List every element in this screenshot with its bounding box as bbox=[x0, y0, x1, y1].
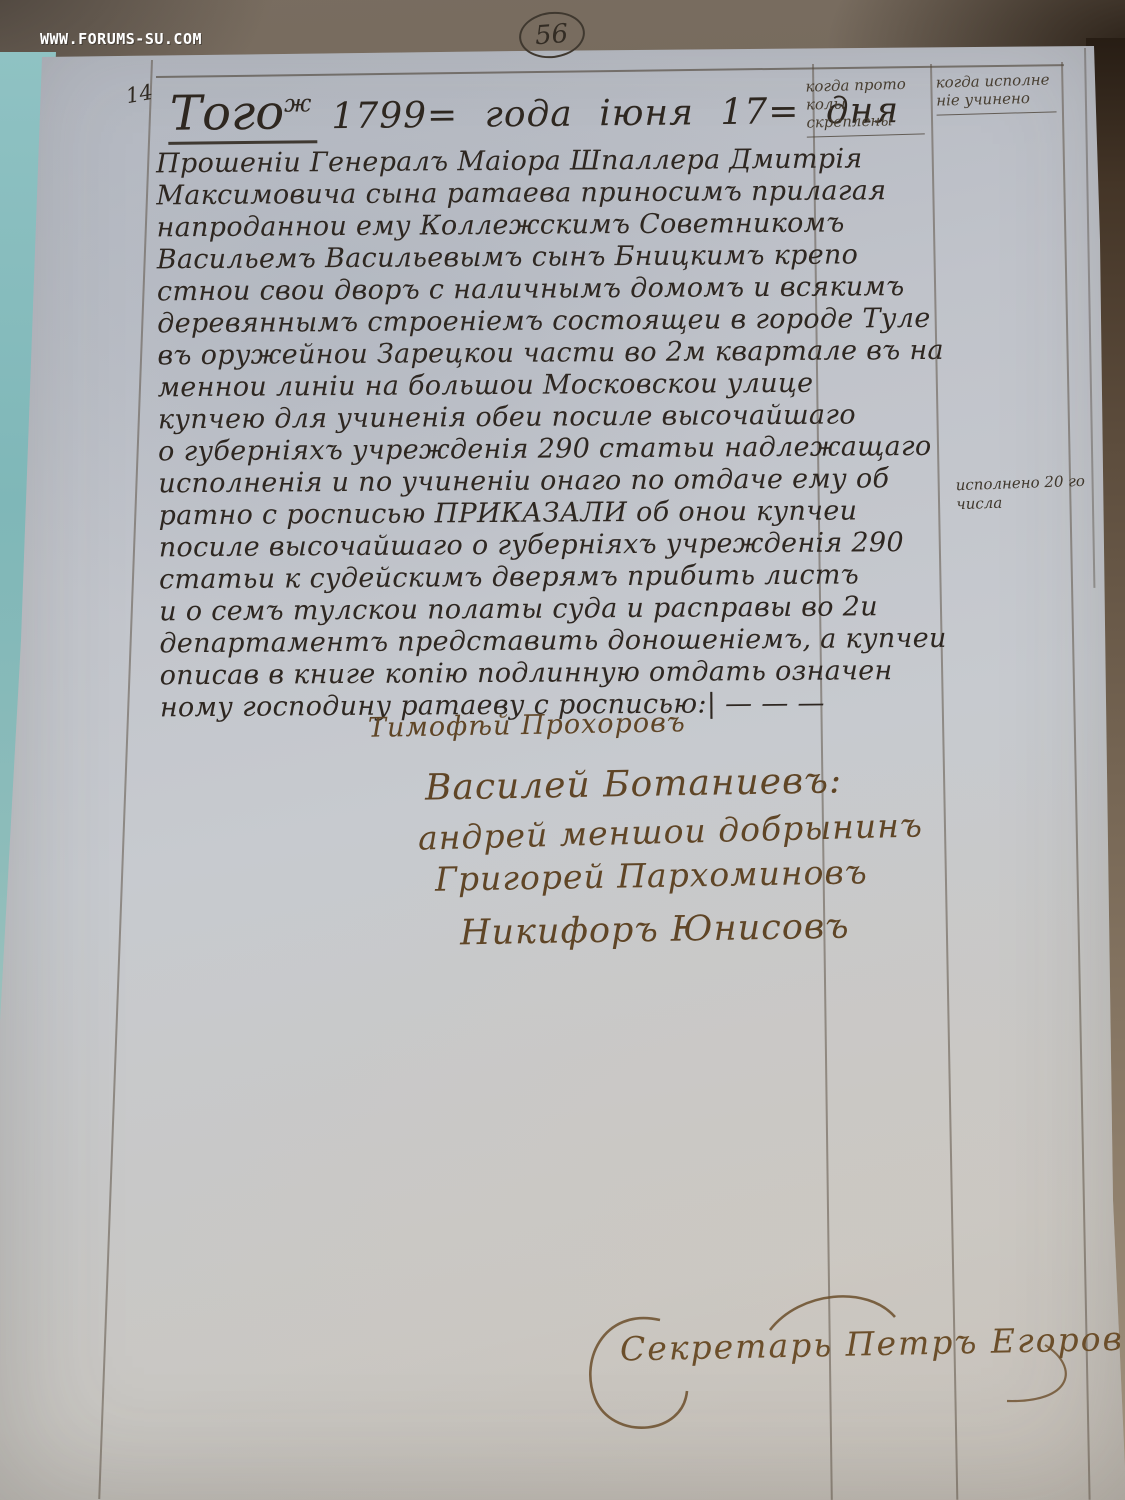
column-header-sealed: когда прото колы скреплены bbox=[805, 74, 925, 137]
text-line: Васильемъ Васильевымъ сынъ Бницкимъ креп… bbox=[157, 240, 822, 277]
column-header-executed: когда исполне ніе учинено bbox=[935, 70, 1056, 115]
signature: Никифоръ Юнисовъ bbox=[460, 907, 850, 954]
text-line: посиле высочайшаго о губерніяхъ учрежден… bbox=[159, 528, 824, 565]
photo-of-manuscript-page: WWW.FORUMS-SU.COM 56 14 Тогож1799= года … bbox=[0, 0, 1125, 1500]
protocol-text: Прошеніи Генералъ Маіора Шпаллера Дмитрі… bbox=[156, 144, 825, 725]
heading-superscript: ж bbox=[284, 89, 312, 117]
text-line: купчею для учиненія обеи посиле высочайш… bbox=[158, 400, 823, 437]
text-line: департаментъ представить доношеніемъ, а … bbox=[159, 624, 824, 661]
text-line: меннои линіи на большои Московскои улице bbox=[158, 368, 823, 405]
heading: Тогож1799= года іюня 17= дня bbox=[168, 78, 900, 142]
watermark: WWW.FORUMS-SU.COM bbox=[40, 30, 202, 48]
text-line: описав в книге копію подлинную отдать оз… bbox=[160, 656, 825, 693]
column-header-line: когда прото bbox=[805, 74, 923, 95]
text-line: Прошеніи Генералъ Маіора Шпаллера Дмитрі… bbox=[156, 144, 821, 181]
margin-note: исполнено 20 го числа bbox=[955, 472, 1085, 514]
signature-flourish bbox=[575, 1285, 1115, 1465]
text-line: стнои свои дворъ с наличнымъ домомъ и вс… bbox=[157, 272, 822, 309]
text-line: исполненія и по учиненіи онаго по отдаче… bbox=[158, 464, 823, 501]
text-line: деревяннымъ строеніемъ состоящеи в город… bbox=[157, 304, 822, 341]
entry-number: 14 bbox=[124, 80, 154, 108]
text-line: статьи к судейскимъ дверямъ прибить лист… bbox=[159, 560, 824, 597]
text-line: Максимовича сына ратаева приносимъ прила… bbox=[156, 176, 821, 213]
column-header-line: колы скреплены bbox=[806, 92, 925, 131]
text-line: напроданнои ему Коллежскимъ Советникомъ bbox=[156, 208, 821, 245]
signature: Тимофѣй Прохоровъ bbox=[368, 707, 686, 744]
heading-lead-word: Тогож bbox=[168, 84, 318, 145]
text-line: и о семъ тулскои полаты суда и расправы … bbox=[159, 592, 824, 629]
signature: Григорей Пархоминовъ bbox=[435, 852, 868, 899]
column-header-line: когда исполне bbox=[935, 70, 1055, 91]
text-line: о губерніяхъ учрежденія 290 статьи надле… bbox=[158, 432, 823, 469]
column-header-line: ніе учинено bbox=[936, 88, 1056, 109]
text-line: въ оружейнои Зарецкои части во 2м кварта… bbox=[157, 336, 822, 373]
text-line: ратно с росписью ПРИКАЗАЛИ об онои купче… bbox=[158, 496, 823, 533]
signature: Василей Ботаниевъ: bbox=[425, 760, 843, 808]
page-number: 56 bbox=[534, 19, 569, 51]
